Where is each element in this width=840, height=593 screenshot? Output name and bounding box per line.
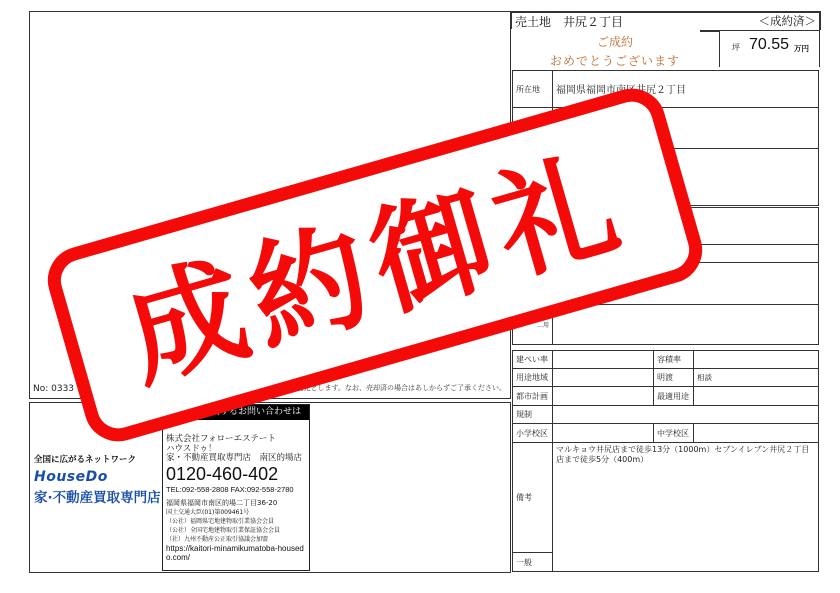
general-label: 一般 xyxy=(513,553,553,572)
elementary-school-label: 小学校区 xyxy=(513,424,553,443)
junior-high-school-value xyxy=(694,424,819,443)
regulations-label: 規制 xyxy=(513,406,553,424)
best-use-label: 最適用途 xyxy=(654,387,694,406)
logo-tagline: 家·不動産買取専門店 xyxy=(34,486,161,506)
remarks-label: 備考 xyxy=(513,443,553,553)
coverage-ratio-value xyxy=(553,351,654,369)
city-planning-label: 都市計画 xyxy=(513,387,553,406)
location-label: 所在地 xyxy=(513,71,553,108)
zoning-label: 用途地域 xyxy=(513,369,553,387)
contact-body: 株式会社フォローエステート ハウスドゥ！ 家・不動産買取専門店 南区的場店 01… xyxy=(166,435,307,562)
floor-area-ratio-value xyxy=(694,351,819,369)
handover-value: 相談 xyxy=(694,369,819,387)
association-3: （社）九州不動産公正取引協議会加盟 xyxy=(166,535,307,544)
property-number: No: 0333 xyxy=(33,384,74,394)
price-per-tsubo-label: 坪 xyxy=(732,42,740,53)
specs-table: 建ぺい率 容積率 用途地域 明渡 相談 都市計画 最適用途 規制 小学校区 中学… xyxy=(512,350,819,572)
website-link[interactable]: https://kaitori-minamikumatoba-housedo.c… xyxy=(166,544,307,562)
header-border xyxy=(510,11,512,29)
association-1: （公社）福岡県宅地建物取引業協会会員 xyxy=(166,517,307,526)
price-value: 70.55 xyxy=(749,36,789,54)
elementary-school-value xyxy=(553,424,654,443)
network-label: 全国に広がるネットワーク xyxy=(34,453,136,465)
housedo-logo: HouseDo xyxy=(34,469,108,485)
coverage-ratio-label: 建ぺい率 xyxy=(513,351,553,369)
city-planning-value xyxy=(553,387,654,406)
congrats-line-2: おめでとうございます xyxy=(510,52,720,69)
regulations-value xyxy=(553,406,819,424)
junior-high-school-label: 中学校区 xyxy=(654,424,694,443)
price-unit: 万円 xyxy=(794,43,809,54)
floor-area-ratio-label: 容積率 xyxy=(654,351,694,369)
tel-fax: TEL:092-558-2808 FAX:092-558-2780 xyxy=(166,485,307,495)
branch-name: 家・不動産買取専門店 南区的場店 xyxy=(166,454,307,464)
license-number: 国土交通大臣(01)第009461号 xyxy=(166,508,307,517)
congrats-line-1: ご成約 xyxy=(510,33,720,50)
status-badge: ＜成約済＞ xyxy=(759,13,817,29)
free-dial-number[interactable]: 0120-460-402 xyxy=(166,465,307,484)
listing-title: 売土地 井尻２丁目 xyxy=(515,13,623,30)
zoning-value xyxy=(553,369,654,387)
association-2: （公社）全国宅地建物取引業保証協会会員 xyxy=(166,526,307,535)
best-use-value xyxy=(694,387,819,406)
contact-box: この物件に関するお問い合わせは 株式会社フォローエステート ハウスドゥ！ 家・不… xyxy=(162,404,310,571)
agency-address: 福岡県福岡市南区的場二丁目36-20 xyxy=(166,499,307,508)
remarks-value: マルキョウ井尻店まで徒歩13分（1000m）セブンイレブン井尻２丁目店まで徒歩5… xyxy=(553,443,819,572)
handover-label: 明渡 xyxy=(654,369,694,387)
price-border xyxy=(700,30,720,32)
empty-value xyxy=(553,305,819,345)
header-border xyxy=(819,11,821,30)
